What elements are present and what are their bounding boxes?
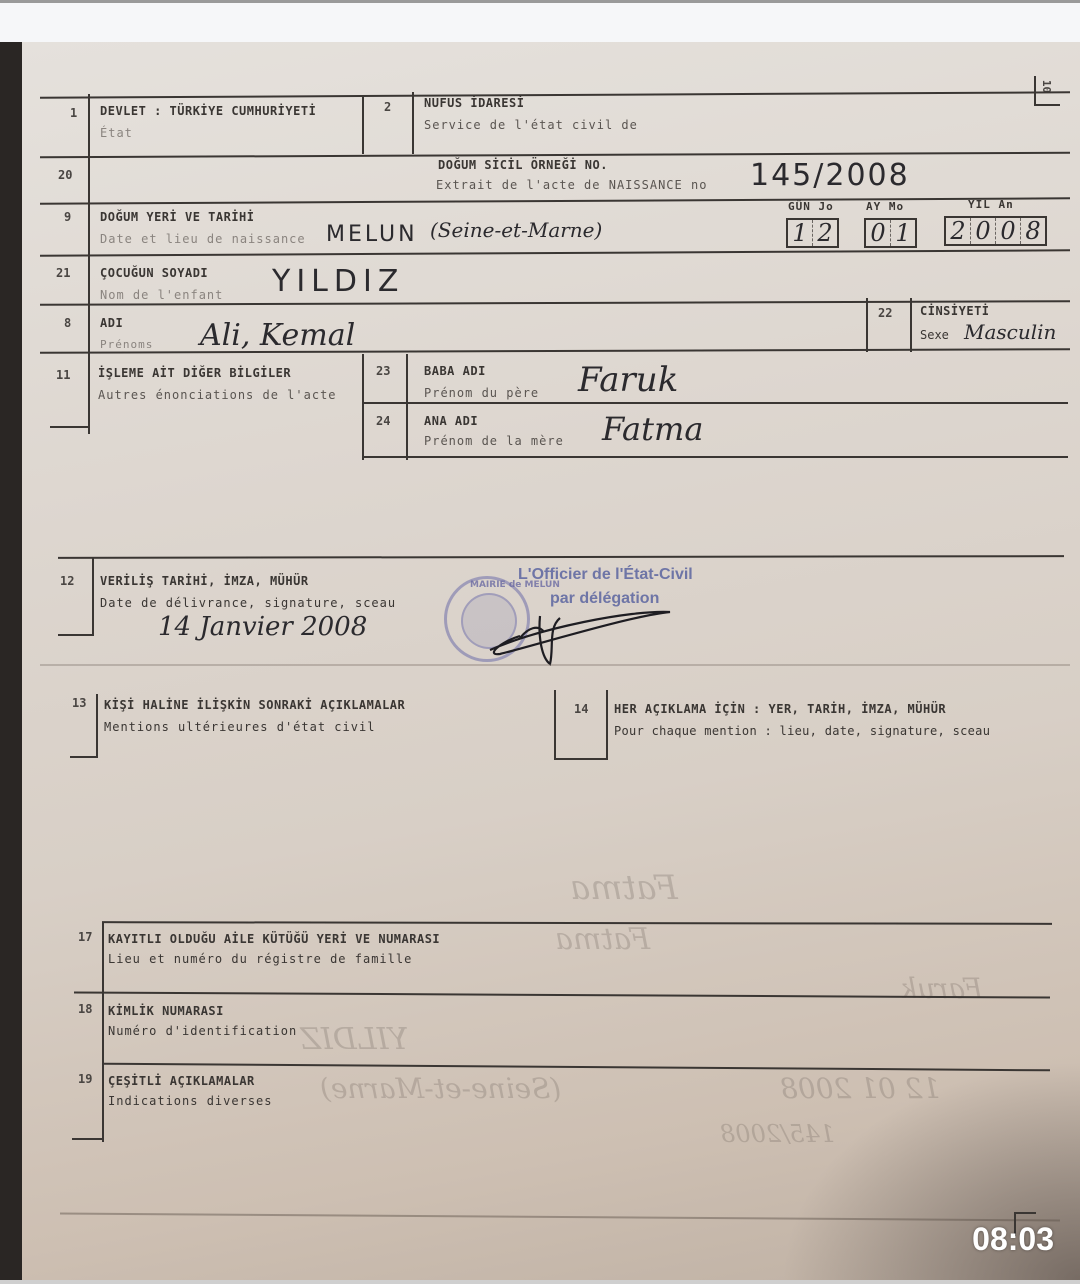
field-label-tr: ANA ADI [424, 414, 478, 428]
sex-value: Masculin [964, 320, 1056, 344]
field-label-fr: Date et lieu de naissance [100, 232, 306, 246]
field-label-tr: ÇOCUĞUN SOYADI [100, 266, 208, 280]
corner-mark [1034, 104, 1060, 106]
field-label-tr: CİNSİYETİ [920, 304, 990, 318]
field-number: 14 [574, 702, 588, 716]
birth-record-number: 145/2008 [750, 158, 910, 193]
birth-place: MELUN [326, 222, 418, 247]
field-label-tr: ADI [100, 316, 123, 330]
field-label-fr: Mentions ultérieures d'état civil [104, 720, 375, 734]
rule [96, 694, 98, 758]
rule [554, 758, 608, 760]
rule [40, 197, 1070, 204]
field-number: 9 [64, 210, 71, 224]
field-label-tr: KAYITLI OLDUĞU AİLE KÜTÜĞÜ YERİ VE NUMAR… [108, 932, 440, 946]
field-number: 1 [70, 106, 77, 120]
field-label-tr: BABA ADI [424, 364, 486, 378]
bleed-through-text: (Seine-et-Marne) [320, 1072, 561, 1105]
birth-month-box: 0 1 [864, 218, 917, 248]
rule [58, 634, 94, 636]
rule [606, 690, 608, 760]
rule [362, 96, 364, 154]
birth-day-box: 1 2 [786, 218, 839, 248]
rule [40, 348, 1070, 354]
bleed-through-text: YILDIZ [300, 1022, 408, 1057]
birth-region: (Seine-et-Marne) [430, 218, 602, 242]
field-number: 18 [78, 1002, 92, 1016]
field-label-fr: Autres énonciations de l'acte [98, 388, 337, 402]
digit: 0 [996, 218, 1021, 244]
field-label-fr: Prénom du père [424, 386, 539, 400]
rule [88, 94, 90, 434]
field-number: 24 [376, 414, 390, 428]
digit: 8 [1021, 218, 1045, 244]
photo-left-edge [0, 42, 22, 1280]
day-label: GÜN Jo [788, 200, 834, 213]
rule [910, 298, 912, 352]
child-surname: YILDIZ [272, 264, 404, 299]
field-label-tr: KİMLİK NUMARASI [108, 1004, 224, 1018]
digit: 1 [891, 220, 915, 246]
digit: 2 [813, 220, 837, 246]
field-number: 23 [376, 364, 390, 378]
field-number: 21 [56, 266, 70, 280]
rule [72, 1138, 104, 1140]
bleed-through-text: Fatma [555, 922, 650, 957]
rule [362, 354, 364, 460]
digit: 0 [866, 220, 891, 246]
digit: 1 [788, 220, 813, 246]
month-label: AY Mo [866, 200, 904, 213]
officer-title: L'Officier de l'État-Civil [518, 566, 693, 584]
field-label-tr: İŞLEME AİT DİĞER BİLGİLER [98, 366, 291, 380]
rule [102, 922, 104, 1142]
rule [92, 558, 94, 636]
signature-icon [480, 598, 680, 668]
first-names: Ali, Kemal [200, 318, 355, 353]
field-number: 22 [878, 306, 892, 320]
bleed-through-text: Faruk [900, 972, 983, 1005]
field-number: 11 [56, 368, 70, 382]
field-number: 12 [60, 574, 74, 588]
bleed-through-text: 145/2008 [720, 1120, 835, 1148]
rule [50, 426, 90, 428]
field-number: 8 [64, 316, 71, 330]
rule [866, 298, 868, 352]
bleed-through-text: Fatma [570, 868, 678, 908]
top-bar [0, 0, 1080, 42]
mother-name: Fatma [602, 410, 703, 448]
field-number: 13 [72, 696, 86, 710]
field-label-fr: État [100, 126, 133, 140]
field-label-tr: HER AÇIKLAMA İÇİN : YER, TARİH, İMZA, MÜ… [614, 702, 946, 716]
field-label-tr: DOĞUM SİCİL ÖRNEĞİ NO. [438, 158, 608, 172]
father-name: Faruk [578, 360, 678, 400]
field-label-fr: Indications diverses [108, 1094, 273, 1108]
paper-fold [40, 664, 1070, 666]
field-label-fr: Numéro d'identification [108, 1024, 297, 1038]
corner-mark [1014, 1212, 1036, 1214]
field-label-fr: Nom de l'enfant [100, 288, 223, 302]
rule [58, 555, 1064, 559]
field-label-fr: Date de délivrance, signature, sceau [100, 596, 396, 610]
field-label-fr: Prénom de la mère [424, 434, 564, 448]
field-number: 20 [58, 168, 72, 182]
rule [40, 91, 1070, 98]
birth-year-box: 2 0 0 8 [944, 216, 1047, 246]
field-label-fr: Prénoms [100, 338, 153, 351]
issue-date: 14 Janvier 2008 [158, 612, 367, 642]
year-label: YIL An [968, 198, 1014, 211]
field-label-fr: Pour chaque mention : lieu, date, signat… [614, 724, 990, 738]
field-label-tr: NÜFUS İDARESİ [424, 96, 524, 110]
field-label-tr: ÇEŞİTLİ AÇIKLAMALAR [108, 1074, 255, 1088]
field-label-tr: KİŞİ HALİNE İLİŞKİN SONRAKİ AÇIKLAMALAR [104, 698, 405, 712]
field-number: 2 [384, 100, 391, 114]
field-number: 17 [78, 930, 92, 944]
field-number: 19 [78, 1072, 92, 1086]
rule [554, 690, 556, 760]
field-label-tr: VERİLİŞ TARİHİ, İMZA, MÜHÜR [100, 574, 309, 588]
rule [40, 249, 1070, 256]
document-photo: Fatma Fatma YILDIZ Faruk (Seine-et-Marne… [0, 42, 1080, 1280]
rule [412, 92, 414, 154]
field-label-tr: DEVLET : TÜRKİYE CUMHURİYETİ [100, 104, 316, 118]
field-label-fr: Extrait de l'acte de NAISSANCE no [436, 178, 707, 192]
digit: 2 [946, 218, 971, 244]
rule [362, 456, 1068, 458]
rule [70, 756, 98, 758]
bottom-bar [0, 1280, 1080, 1284]
field-label-fr: Lieu et numéro du régistre de famille [108, 952, 412, 966]
bleed-through-text: 12 01 2008 [780, 1072, 940, 1105]
rule [406, 354, 408, 460]
field-label-tr: DOĞUM YERİ VE TARİHİ [100, 210, 255, 224]
rule [362, 402, 1068, 404]
field-label-fr: Sexe [920, 328, 949, 342]
digit: 0 [971, 218, 996, 244]
video-timestamp: 08:03 [972, 1221, 1054, 1258]
field-label-fr: Service de l'état civil de [424, 118, 638, 132]
